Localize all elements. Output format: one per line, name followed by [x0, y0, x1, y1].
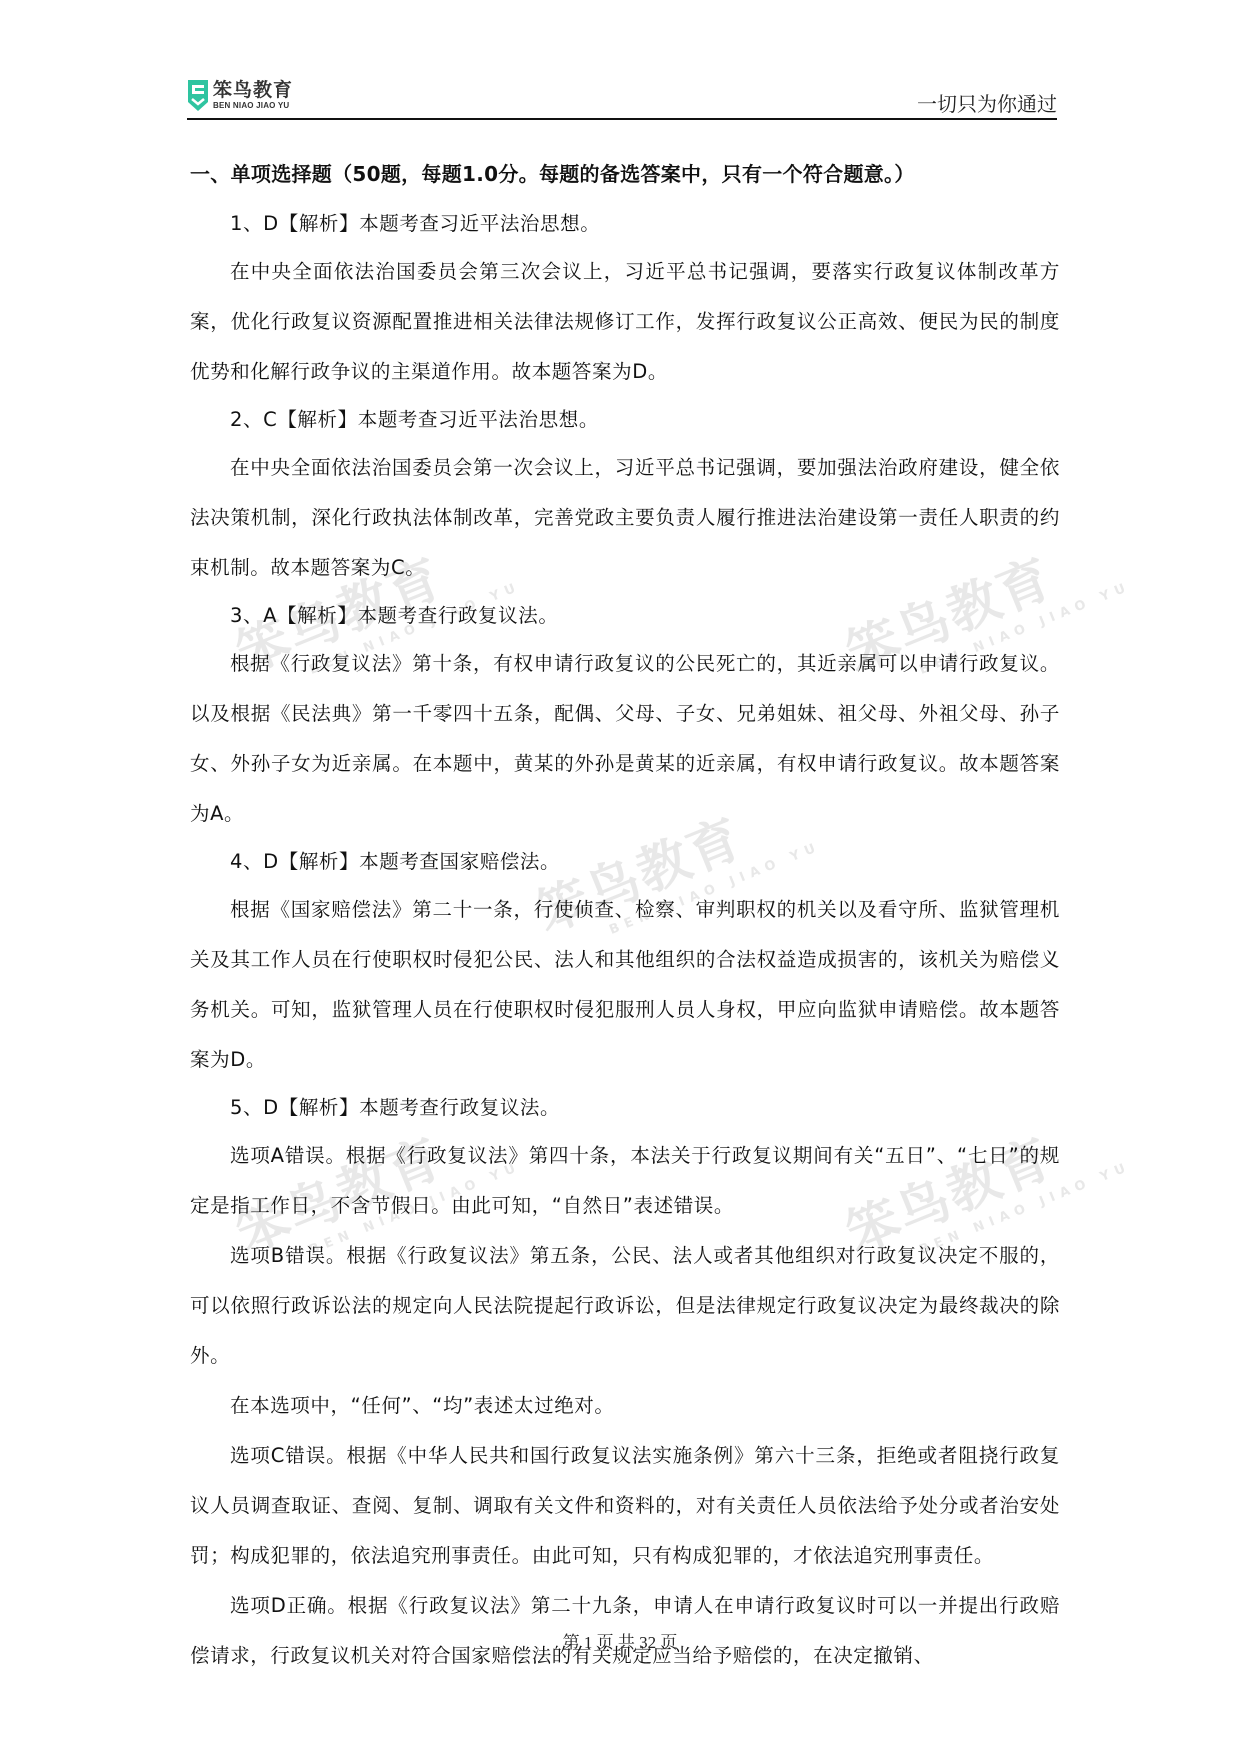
- explanation-paragraph: 在中央全面依法治国委员会第三次会议上，习近平总书记强调，要落实行政复议体制改革方…: [190, 247, 1060, 397]
- logo-text-en: BEN NIAO JIAO YU: [213, 102, 293, 110]
- question-heading: 2、C【解析】本题考查习近平法治思想。: [190, 397, 1060, 443]
- explanation-paragraph: 根据《行政复议法》第十条，有权申请行政复议的公民死亡的，其近亲属可以申请行政复议…: [190, 639, 1060, 839]
- header-slogan: 一切只为你通过: [917, 88, 1057, 117]
- question-heading: 1、D【解析】本题考查习近平法治思想。: [190, 201, 1060, 247]
- logo-text-cn: 笨鸟教育: [213, 81, 293, 100]
- question-heading: 4、D【解析】本题考查国家赔偿法。: [190, 839, 1060, 885]
- explanation-paragraph: 根据《国家赔偿法》第二十一条，行使侦查、检察、审判职权的机关以及看守所、监狱管理…: [190, 885, 1060, 1085]
- page-header: 笨鸟教育 BEN NIAO JIAO YU 一切只为你通过: [187, 70, 1057, 120]
- explanation-paragraph: 在本选项中，“任何”、“均”表述太过绝对。: [190, 1381, 1060, 1431]
- explanation-paragraph: 在中央全面依法治国委员会第一次会议上，习近平总书记强调，要加强法治政府建设，健全…: [190, 443, 1060, 593]
- question-heading: 3、A【解析】本题考查行政复议法。: [190, 593, 1060, 639]
- shield-logo-icon: [187, 78, 209, 112]
- question-heading: 5、D【解析】本题考查行政复议法。: [190, 1085, 1060, 1131]
- section-title: 一、单项选择题（50题，每题1.0分。每题的备选答案中，只有一个符合题意。）: [190, 158, 1060, 187]
- brand-logo: 笨鸟教育 BEN NIAO JIAO YU: [187, 78, 293, 112]
- explanation-paragraph: 选项A错误。根据《行政复议法》第四十条，本法关于行政复议期间有关“五日”、“七日…: [190, 1131, 1060, 1231]
- explanation-paragraph: 选项C错误。根据《中华人民共和国行政复议法实施条例》第六十三条，拒绝或者阻挠行政…: [190, 1431, 1060, 1581]
- explanation-paragraph: 选项B错误。根据《行政复议法》第五条，公民、法人或者其他组织对行政复议决定不服的…: [190, 1231, 1060, 1381]
- document-body: 一、单项选择题（50题，每题1.0分。每题的备选答案中，只有一个符合题意。） 1…: [190, 158, 1060, 1681]
- page-footer: 第 1 页 共 32 页: [0, 1628, 1240, 1653]
